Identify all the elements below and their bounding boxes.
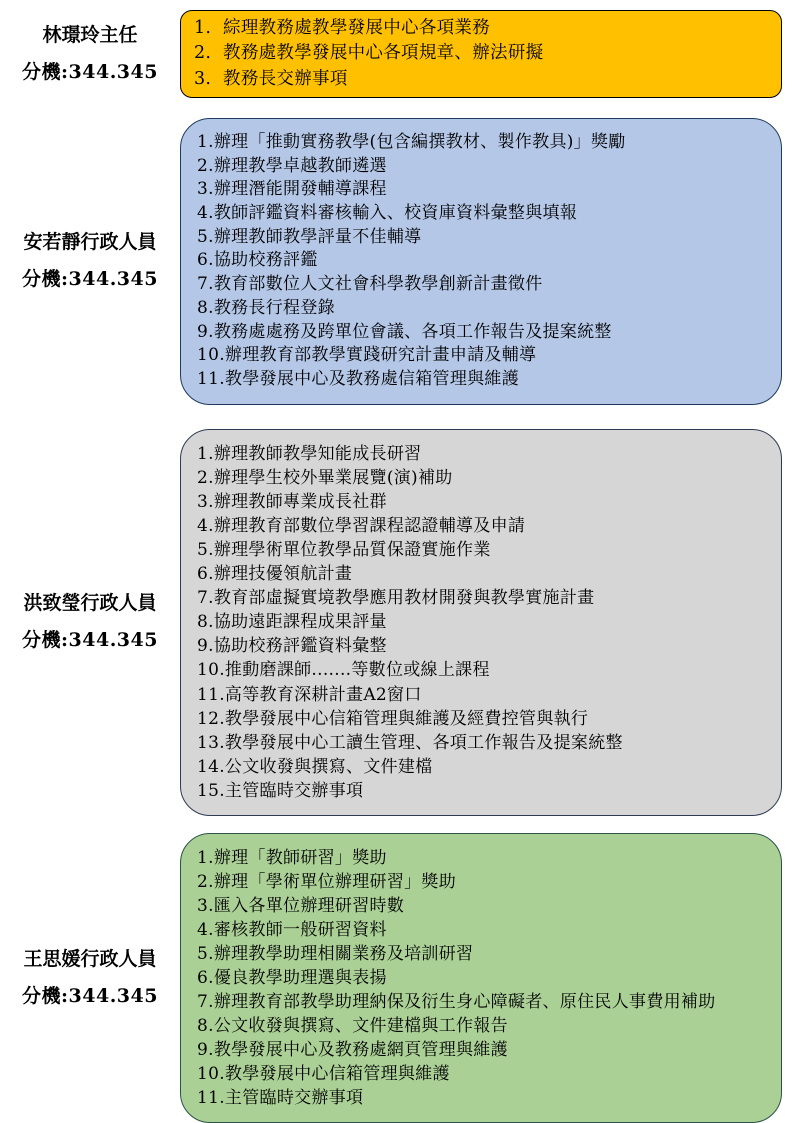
person-label: 林璟玲主任 分機:344.345 <box>0 25 180 83</box>
person-extension: 分機:344.345 <box>0 269 180 290</box>
section-staff-2: 洪致瑩行政人員 分機:344.345 1.辦理教師教學知能成長研習2.辦理學生校… <box>0 429 794 816</box>
person-label: 洪致瑩行政人員 分機:344.345 <box>0 593 180 651</box>
duty-item: 8.教務長行程登錄 <box>197 297 773 321</box>
section-staff-3: 王思媛行政人員 分機:344.345 1.辦理「教師研習」獎助2.辦理「學術單位… <box>0 833 794 1123</box>
duty-item: 5.辦理教學助理相關業務及培訓研習 <box>197 942 773 966</box>
duty-item: 7.教育部虛擬實境教學應用教材開發與教學實施計畫 <box>197 586 773 610</box>
person-extension: 分機:344.345 <box>0 62 180 83</box>
duty-item: 9.教務處處務及跨單位會議、各項工作報告及提案統整 <box>197 321 773 345</box>
duty-item: 10.辦理教育部教學實踐研究計畫申請及輔導 <box>197 344 773 368</box>
section-staff-1: 安若靜行政人員 分機:344.345 1.辦理「推動實務教學(包含編撰教材、製作… <box>0 118 794 405</box>
duty-item: 3.匯入各單位辦理研習時數 <box>197 894 773 918</box>
duties-box: 1. 綜理教務處教學發展中心各項業務2. 教務處教學發展中心各項規章、辦法研擬3… <box>180 10 782 98</box>
duty-item: 5.辦理教師教學評量不佳輔導 <box>197 226 773 250</box>
duty-item: 13.教學發展中心工讀生管理、各項工作報告及提案統整 <box>197 731 773 755</box>
duty-item: 1.辦理教師教學知能成長研習 <box>197 442 773 466</box>
duty-item: 15.主管臨時交辦事項 <box>197 779 773 803</box>
duty-item: 11.高等教育深耕計畫A2窗口 <box>197 683 773 707</box>
duty-item: 4.辦理教育部數位學習課程認證輔導及申請 <box>197 514 773 538</box>
duty-item: 6.辦理技優領航計畫 <box>197 562 773 586</box>
duty-item: 8.協助遠距課程成果評量 <box>197 610 773 634</box>
duty-item: 6.優良教學助理選與表揚 <box>197 966 773 990</box>
duty-item: 3.辦理潛能開發輔導課程 <box>197 178 773 202</box>
duty-item: 6.協助校務評鑑 <box>197 249 773 273</box>
duty-chart-page: 林璟玲主任 分機:344.345 1. 綜理教務處教學發展中心各項業務2. 教務… <box>0 0 794 1123</box>
duty-item: 2.辦理學生校外畢業展覽(演)補助 <box>197 466 773 490</box>
duty-item: 11.主管臨時交辦事項 <box>197 1086 773 1110</box>
person-label: 安若靜行政人員 分機:344.345 <box>0 232 180 290</box>
duty-item: 2. 教務處教學發展中心各項規章、辦法研擬 <box>194 41 773 66</box>
person-name: 安若靜行政人員 <box>0 232 180 253</box>
duty-item: 10.教學發展中心信箱管理與維護 <box>197 1062 773 1086</box>
duty-item: 9.協助校務評鑑資料彙整 <box>197 634 773 658</box>
duty-item: 8.公文收發與撰寫、文件建檔與工作報告 <box>197 1014 773 1038</box>
duty-item: 5.辦理學術單位教學品質保證實施作業 <box>197 538 773 562</box>
duty-item: 4.審核教師一般研習資料 <box>197 918 773 942</box>
person-extension: 分機:344.345 <box>0 986 180 1007</box>
section-director: 林璟玲主任 分機:344.345 1. 綜理教務處教學發展中心各項業務2. 教務… <box>0 10 794 98</box>
duty-item: 7.辦理教育部教學助理納保及衍生身心障礙者、原住民人事費用補助 <box>197 990 773 1014</box>
person-name: 王思媛行政人員 <box>0 949 180 970</box>
duties-box: 1.辦理教師教學知能成長研習2.辦理學生校外畢業展覽(演)補助3.辦理教師專業成… <box>180 429 782 816</box>
duty-item: 1.辦理「教師研習」獎助 <box>197 846 773 870</box>
duties-box: 1.辦理「教師研習」獎助2.辦理「學術單位辦理研習」獎助3.匯入各單位辦理研習時… <box>180 833 782 1123</box>
duty-item: 1. 綜理教務處教學發展中心各項業務 <box>194 16 773 41</box>
person-label: 王思媛行政人員 分機:344.345 <box>0 949 180 1007</box>
duty-item: 1.辦理「推動實務教學(包含編撰教材、製作教具)」獎勵 <box>197 131 773 155</box>
duty-item: 2.辦理教學卓越教師遴選 <box>197 155 773 179</box>
person-name: 林璟玲主任 <box>0 25 180 46</box>
duty-item: 3.辦理教師專業成長社群 <box>197 490 773 514</box>
duty-item: 9.教學發展中心及教務處網頁管理與維護 <box>197 1038 773 1062</box>
duty-item: 11.教學發展中心及教務處信箱管理與維護 <box>197 368 773 392</box>
duty-item: 4.教師評鑑資料審核輸入、校資庫資料彙整與填報 <box>197 202 773 226</box>
duty-item: 2.辦理「學術單位辦理研習」獎助 <box>197 870 773 894</box>
person-name: 洪致瑩行政人員 <box>0 593 180 614</box>
person-extension: 分機:344.345 <box>0 630 180 651</box>
duty-item: 7.教育部數位人文社會科學教學創新計畫徵件 <box>197 273 773 297</box>
duty-item: 12.教學發展中心信箱管理與維護及經費控管與執行 <box>197 707 773 731</box>
duty-item: 10.推動磨課師.......等數位或線上課程 <box>197 658 773 682</box>
duty-item: 3. 教務長交辦事項 <box>194 67 773 92</box>
duty-item: 14.公文收發與撰寫、文件建檔 <box>197 755 773 779</box>
duties-box: 1.辦理「推動實務教學(包含編撰教材、製作教具)」獎勵2.辦理教學卓越教師遴選3… <box>180 118 782 405</box>
